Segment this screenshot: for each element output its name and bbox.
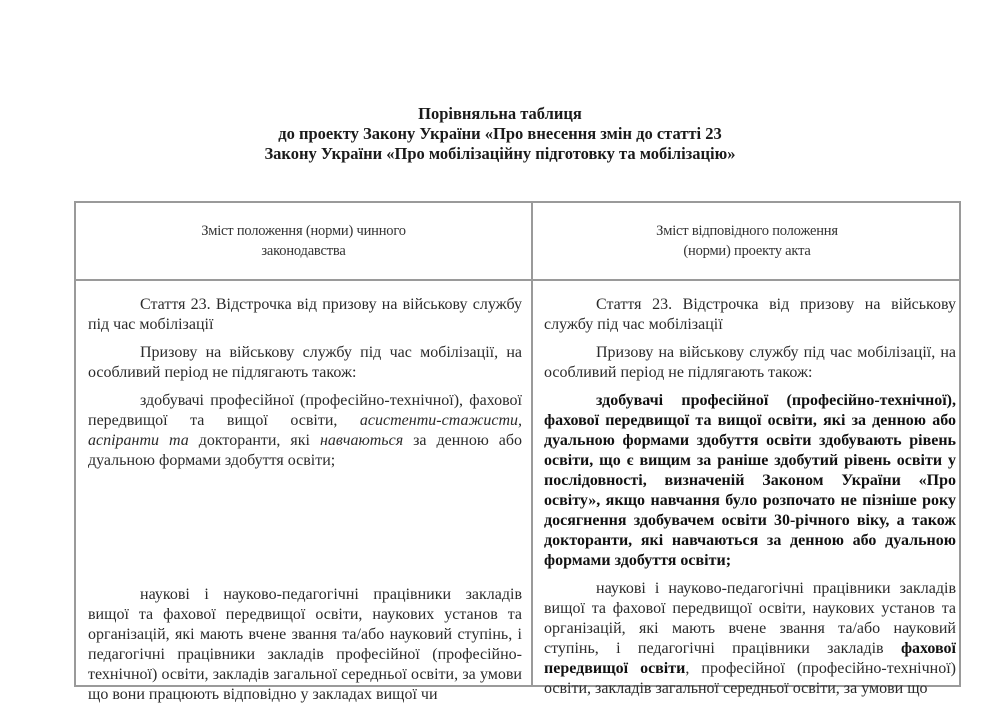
header-right-line2: (норми) проекту акта — [656, 241, 838, 261]
intro-paragraph: Призову на військову службу під час мобі… — [88, 343, 522, 383]
scientists-paragraph: наукові і науково-педагогічні працівники… — [544, 579, 956, 699]
draft-act-column: Стаття 23. Відстрочка від призову на вій… — [544, 295, 956, 699]
title-line-2: до проекту Закону України «Про внесення … — [0, 124, 1000, 144]
header-draft-act: Зміст відповідного положення (норми) про… — [533, 203, 961, 279]
students-paragraph: здобувачі професійної (професійно-техніч… — [88, 391, 522, 471]
document-title: Порівняльна таблиця до проекту Закону Ук… — [0, 104, 1000, 164]
header-left-line2: законодавства — [201, 241, 406, 261]
students-paragraph-amended: здобувачі професійної (професійно-техніч… — [544, 391, 956, 571]
scientists-paragraph: наукові і науково-педагогічні працівники… — [88, 585, 522, 705]
text-run: наукові і науково-педагогічні працівники… — [544, 580, 956, 657]
title-line-1: Порівняльна таблиця — [0, 104, 1000, 124]
text-run: докторанти, які — [189, 432, 320, 449]
intro-paragraph: Призову на військову службу під час мобі… — [544, 343, 956, 383]
comparison-table: Зміст положення (норми) чинного законода… — [74, 201, 961, 687]
article-heading: Стаття 23. Відстрочка від призову на вій… — [544, 295, 956, 335]
article-heading: Стаття 23. Відстрочка від призову на вій… — [88, 295, 522, 335]
header-right-line1: Зміст відповідного положення — [656, 221, 838, 241]
italic-run: навчаються — [320, 432, 403, 449]
header-current-law: Зміст положення (норми) чинного законода… — [76, 203, 531, 279]
current-law-column: Стаття 23. Відстрочка від призову на вій… — [88, 295, 522, 705]
header-divider — [76, 279, 959, 281]
title-line-3: Закону України «Про мобілізаційну підгот… — [0, 144, 1000, 164]
header-left-line1: Зміст положення (норми) чинного — [201, 221, 406, 241]
